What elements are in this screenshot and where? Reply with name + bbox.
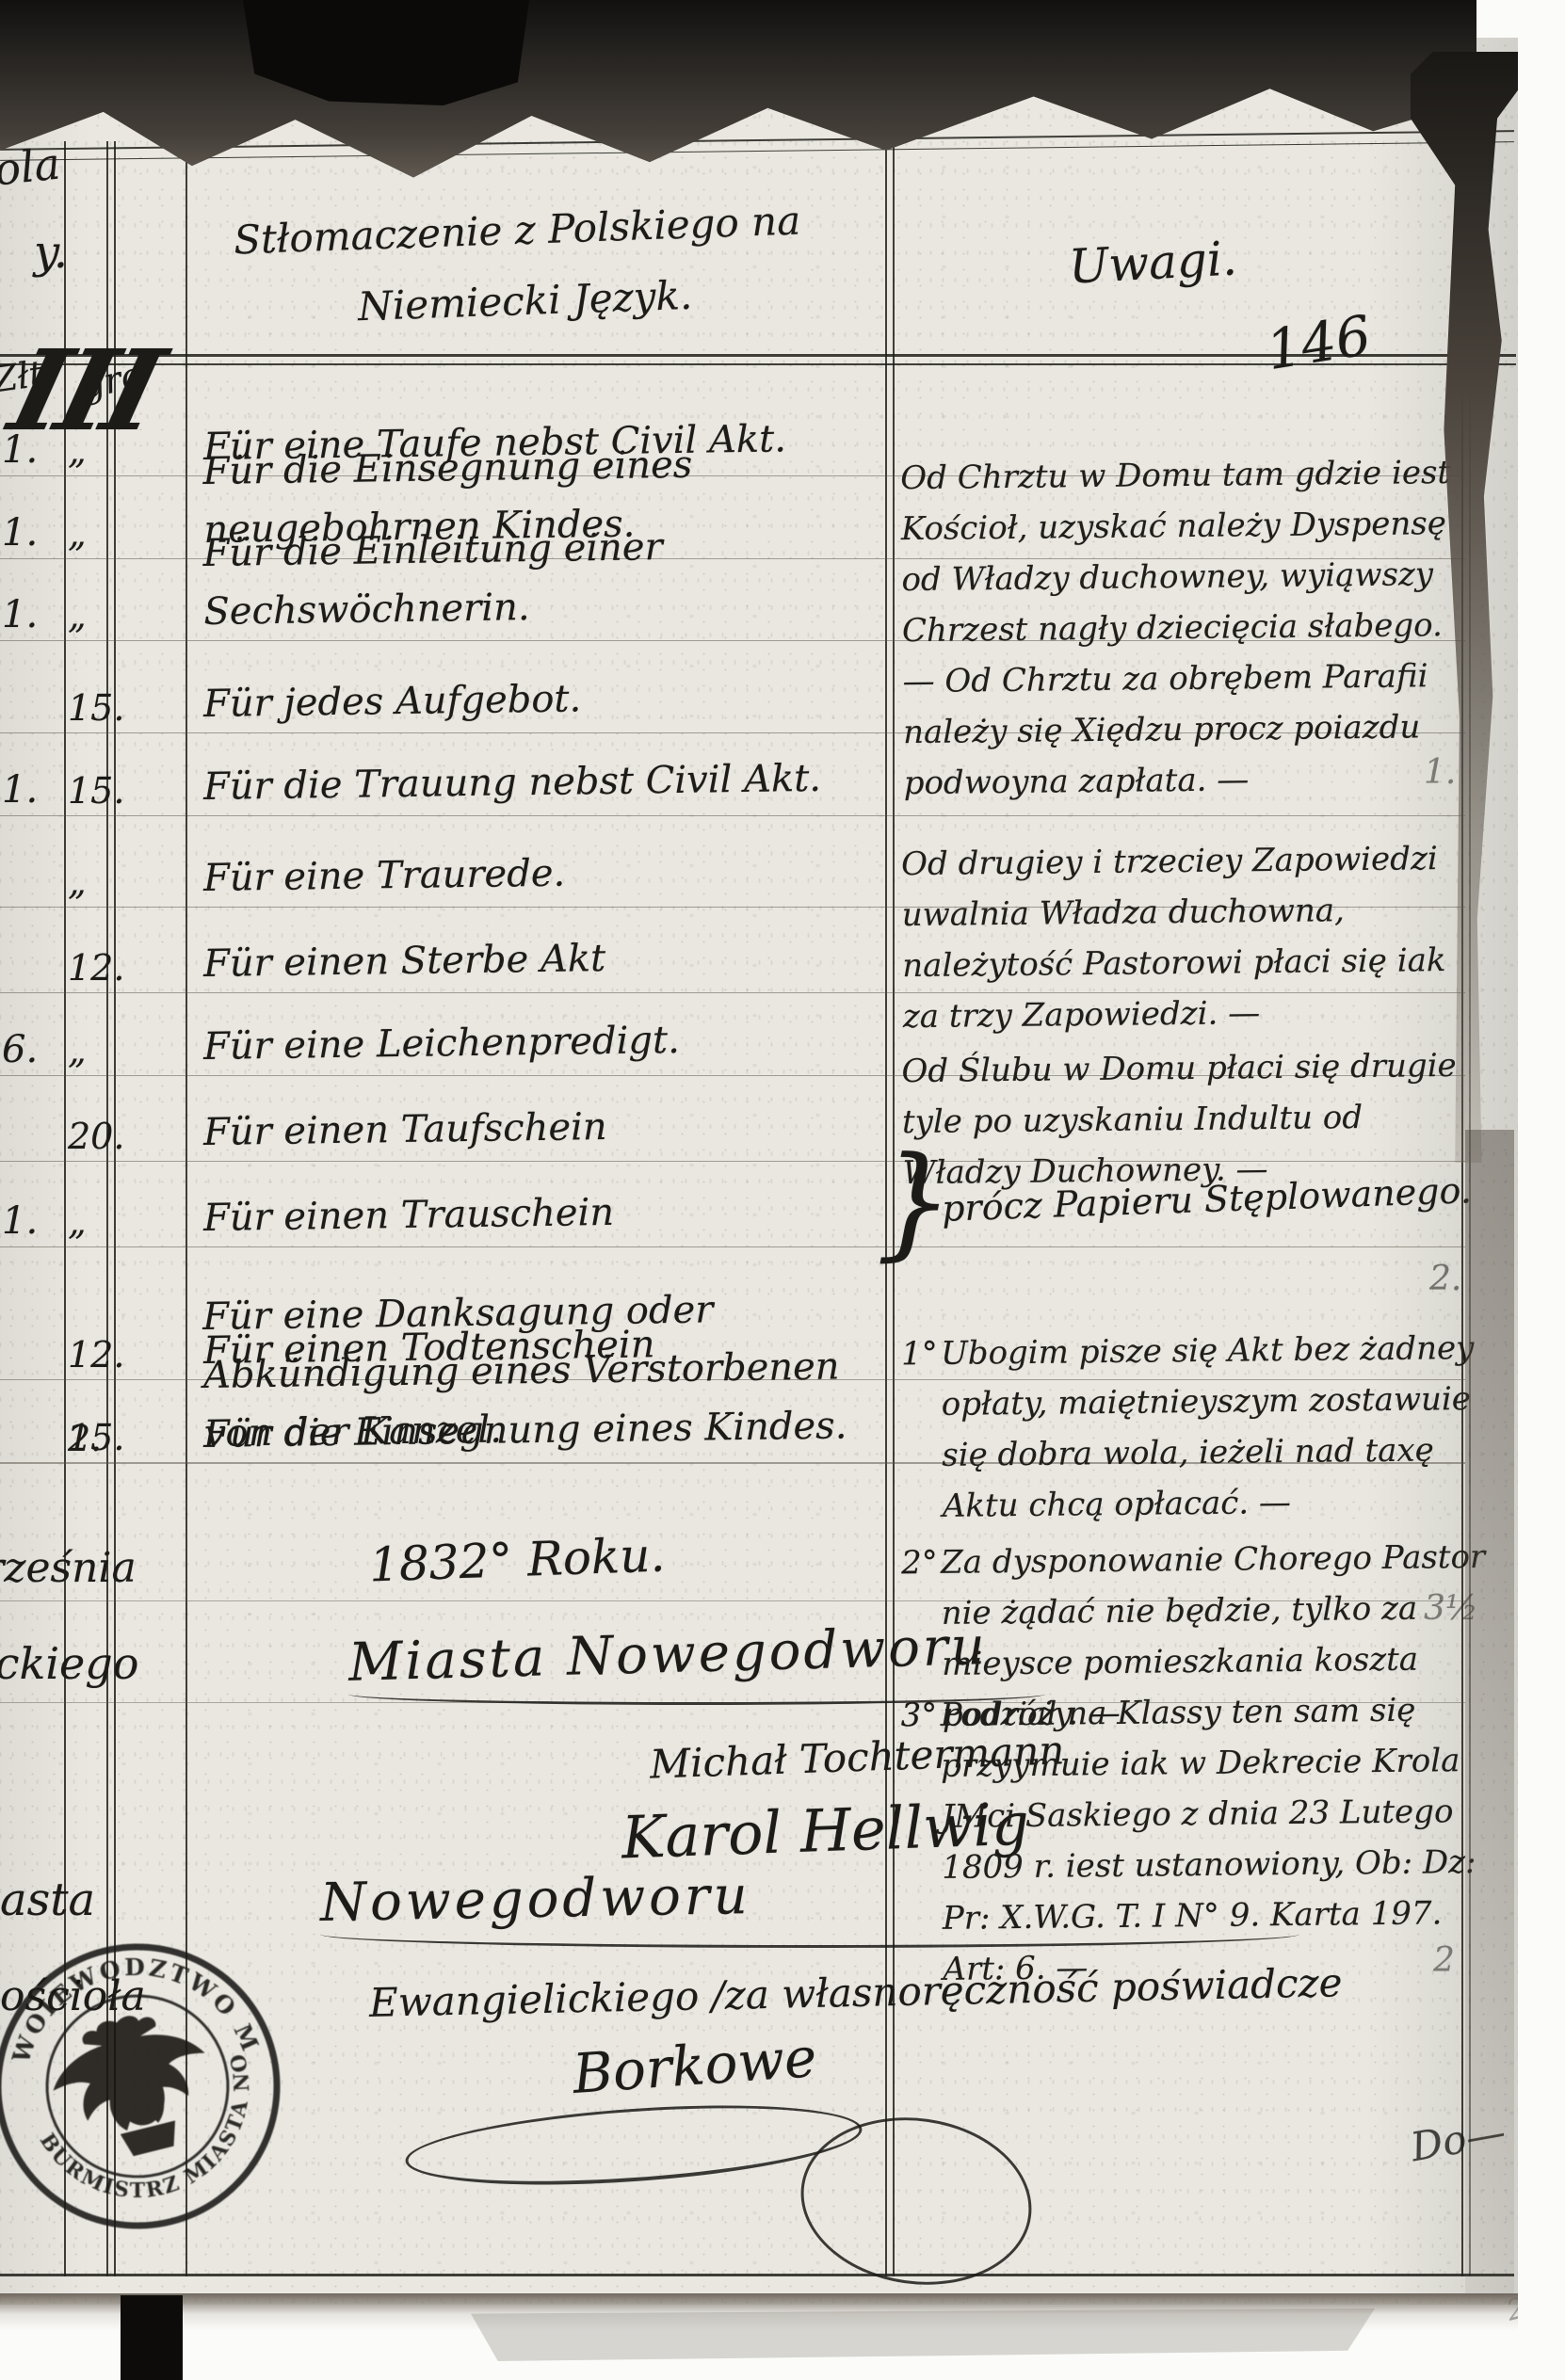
remarks-item-1: 1° Ubogim pisze się Akt bez żadney opłat…: [901, 1323, 1508, 1533]
faint-amount: 2: [1433, 1941, 1455, 1980]
amount-zlote: 1.: [2, 511, 56, 555]
fee-entry-text: Für einen Trauschein: [203, 1180, 875, 1247]
bottom-border-line: [0, 2274, 1514, 2276]
fee-entry-text: Für die Einleitung einer Sechswöchnerin.: [202, 515, 875, 641]
fee-entry-text: Für eine Leichenpredigt.: [203, 1008, 875, 1076]
bottom-smudge: [471, 2308, 1375, 2361]
amount-grosze: „: [68, 430, 132, 472]
amount-grosze: „: [68, 1201, 132, 1243]
amount-grosze: „: [68, 595, 132, 636]
item-number: 1°: [901, 1328, 938, 1379]
item-number: 3°: [900, 1690, 937, 1741]
faint-amount: 2.: [1429, 1260, 1461, 1298]
amount-grosze: 2.: [68, 1418, 132, 1459]
bottom-black-mark: [121, 2295, 183, 2380]
amount-grosze: „: [68, 513, 132, 555]
remarks-paragraph-1: Od Chrztu w Domu tam gdzie iest Kościoł,…: [900, 447, 1469, 809]
amount-grosze: 15.: [68, 687, 132, 729]
fee-entry-text: Für einen Taufschein: [203, 1094, 875, 1162]
amount-zlote: 1.: [2, 593, 56, 636]
fee-entry-text: Für die Trauung nebst Civil Akt.: [203, 748, 875, 816]
amount-grosze: „: [68, 861, 132, 903]
remarks-item-3: 3° Podział na Klassy ten sam się przyymu…: [900, 1684, 1508, 1996]
amount-grosze: 15.: [68, 770, 132, 812]
amount-zlote: 6.: [2, 1028, 56, 1071]
amount-grosze: 12.: [68, 947, 132, 989]
amount-grosze: 20.: [68, 1116, 132, 1157]
amount-grosze: 12.: [68, 1334, 132, 1375]
row2-margin-word: asta: [0, 1873, 95, 1926]
right-edge-shadow: [1465, 1130, 1514, 2297]
fee-entry-text: Für jedes Aufgebot.: [203, 666, 875, 733]
scan-background-right: [1518, 0, 1565, 2380]
city-margin-word: ickiego: [0, 1638, 138, 1689]
fee-entry-text: Für die Einsegnung eines Kindes.: [203, 1396, 875, 1464]
remarks-paragraph-2: Od drugiey i trzeciey Zapowiedzi uwalnia…: [901, 833, 1468, 1042]
fee-entry-text: Für einen Sterbe Akt: [203, 925, 875, 993]
amount-zlote: 1.: [2, 1199, 56, 1243]
margin-cut-word-2: y.: [34, 226, 68, 279]
faint-amount: 1.: [1424, 753, 1456, 792]
date-margin-word: Września: [0, 1544, 137, 1592]
date-line: 1832° Roku.: [368, 1528, 666, 1593]
amount-zlote: 1.: [2, 768, 56, 812]
archival-scan: ola y. III Złt gro Stłomaczenie z Polski…: [0, 0, 1565, 2380]
amount-grosze: „: [68, 1030, 132, 1071]
fee-entry-text: Für eine Traurede.: [203, 840, 875, 908]
item-number: 2°: [901, 1537, 938, 1588]
remarks-title: Uwagi.: [1068, 231, 1238, 294]
amount-zlote: 1.: [2, 428, 56, 472]
